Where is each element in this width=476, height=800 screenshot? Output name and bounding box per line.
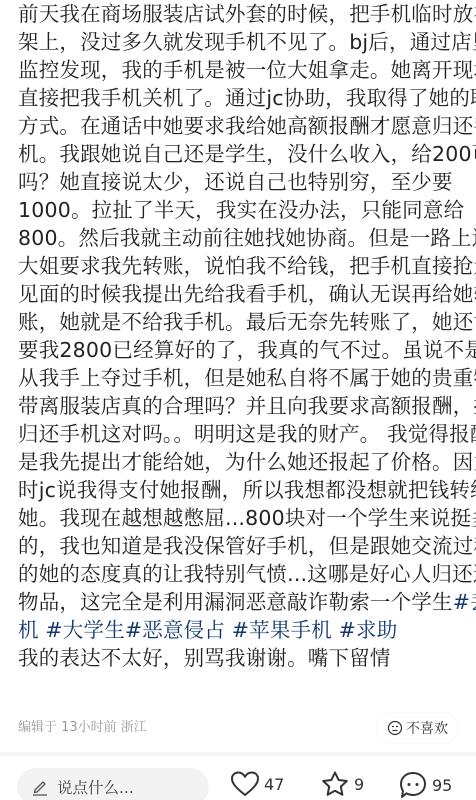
- post-body: 前天我在商场服装店试外套的时候，把手机临时放在货 架上，没过多久就发现手机不见了…: [18, 0, 458, 672]
- post-line: 1000。拉扯了半天，我实在没办法，只能同意给: [18, 196, 458, 224]
- post-line-text: 物品，这完全是利用漏洞恶意敲诈勒索一个学生: [18, 590, 453, 614]
- speech-bubble-icon: [398, 770, 428, 800]
- heart-icon: [230, 770, 260, 798]
- neutral-face-icon: [387, 720, 403, 736]
- bottom-action-bar: 说点什么... 47 9 95: [0, 766, 476, 800]
- edit-timestamp-location: 编辑于 13小时前 浙江: [18, 716, 147, 740]
- pencil-icon: [31, 778, 49, 796]
- post-line: 架上，没过多久就发现手机不见了。bj后，通过店里的: [18, 28, 458, 56]
- comment-button[interactable]: 95: [398, 770, 452, 800]
- hashtag-line: 机 #大学生#恶意侵占 #苹果手机 #求助: [18, 616, 458, 644]
- favorite-count: 9: [354, 775, 364, 794]
- dislike-label: 不喜欢: [406, 718, 448, 738]
- hashtag-link[interactable]: 机 #大学生#恶意侵占 #苹果手机 #求助: [18, 618, 397, 642]
- post-line: 是我先提出才能给她，为什么她还报起了价格。因为当: [18, 448, 458, 476]
- comment-count: 95: [432, 776, 452, 795]
- hashtag-link[interactable]: #丢手: [453, 590, 476, 614]
- post-line: 监控发现，我的手机是被一位大姐拿走。她离开现场后: [18, 56, 458, 84]
- dislike-button[interactable]: 不喜欢: [377, 713, 458, 743]
- post-line: 我的表达不太好，别骂我谢谢。嘴下留情: [18, 644, 458, 672]
- star-icon: [320, 770, 350, 798]
- post-line: 从我手上夺过手机，但是她私自将不属于她的贵重物品: [18, 364, 458, 392]
- post-line: 吗？她直接说太少，还说自己也特别穷，至少要: [18, 168, 458, 196]
- post-line: 800。然后我就主动前往她找她协商。但是一路上这位: [18, 224, 458, 252]
- post-line: 的，我也知道是我没保管好手机，但是跟她交流过程中: [18, 532, 458, 560]
- post-line: 见面的时候我提出先给我看手机，确认无误再给她转: [18, 280, 458, 308]
- post-line: 她。我现在越想越憋屈...800块对一个学生来说挺多: [18, 504, 458, 532]
- post-line: 前天我在商场服装店试外套的时候，把手机临时放在货: [18, 0, 458, 28]
- comment-placeholder: 说点什么...: [57, 776, 134, 798]
- post-line: 时jc说我得支付她报酬，所以我想都没想就把钱转给了: [18, 476, 458, 504]
- post-line: 大姐要求我先转账，说怕我不给钱，把手机直接抢走。: [18, 252, 458, 280]
- post-line: 物品，这完全是利用漏洞恶意敲诈勒索一个学生#丢手: [18, 588, 458, 616]
- comment-input[interactable]: 说点什么...: [17, 768, 209, 800]
- post-line: 直接把我手机关机了。通过jc协助，我取得了她的联系: [18, 84, 458, 112]
- post-line: 的她的态度真的让我特别气愤...这哪是好心人归还遗失: [18, 560, 458, 588]
- favorite-button[interactable]: 9: [320, 770, 364, 798]
- post-line: 账，她就是不给我手机。最后无奈先转账了，她还说没: [18, 308, 458, 336]
- post-line: 机。我跟她说自己还是学生，没什么收入，给200可以: [18, 140, 458, 168]
- post-line: 要我2800已经算好的了，我真的气不过。虽说不是她: [18, 336, 458, 364]
- like-count: 47: [264, 775, 284, 794]
- post-line: 归还手机这对吗。。明明这是我的财产。 我觉得报酬也: [18, 420, 458, 448]
- like-button[interactable]: 47: [230, 770, 284, 798]
- divider: [0, 752, 476, 756]
- post-line: 带离服装店真的合理吗？并且向我要求高额报酬，拒不: [18, 392, 458, 420]
- post-line: 方式。在通话中她要求我给她高额报酬才愿意归还手: [18, 112, 458, 140]
